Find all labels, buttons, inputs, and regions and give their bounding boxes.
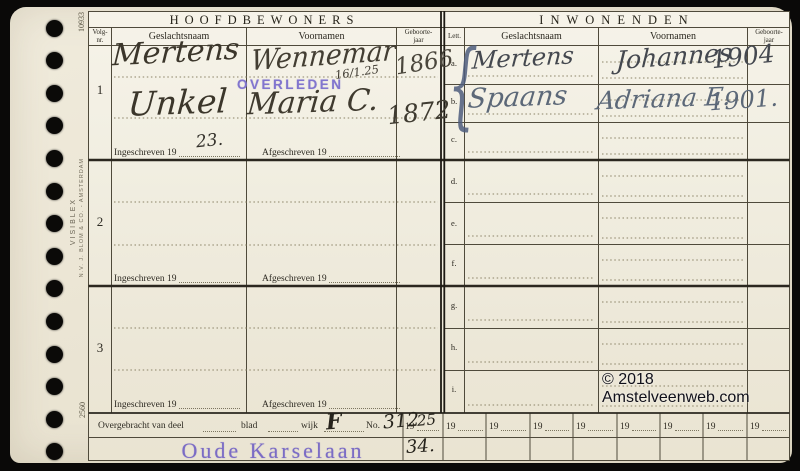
handwritten-surname-entry1: Mertens [111, 35, 240, 72]
row-letter-h: h. [446, 342, 462, 352]
blad-dotted-line [268, 421, 298, 432]
year-cell-7: 19 [663, 419, 701, 432]
handwritten-surname-row-b: Spaans [467, 82, 569, 113]
row-letter-e: e. [446, 218, 462, 228]
transfer-label: Overgebracht van deel [98, 421, 184, 431]
handwritten-ingeschreven-year-1: 23. [195, 132, 224, 152]
watermark-text: © 2018 Amstelveenweb.com [602, 371, 800, 407]
group-number-3: 3 [90, 340, 110, 356]
blad-label: blad [241, 421, 257, 431]
handwritten-birthyear-row-b: 1901. [708, 86, 778, 115]
row-letter-d: d. [446, 176, 462, 186]
wijk-label: wijk [301, 421, 318, 431]
group-number-1: 1 [90, 82, 110, 98]
group-number-2: 2 [90, 214, 110, 230]
handwritten-wijk: F [325, 410, 342, 433]
column-header-surname-right: Geslachtsnaam [465, 31, 598, 42]
handwritten-year-1925: 25 [416, 412, 436, 429]
year-cell-2: 19 [446, 419, 485, 432]
handwritten-birthyear-row-a: 1904 [710, 41, 776, 73]
handwritten-surname-entry2: Unkel [127, 84, 228, 121]
year-cell-8: 19 [706, 419, 745, 432]
row-letter-i: i. [446, 384, 462, 394]
handwritten-birthyear-entry2: 1872 [386, 97, 452, 129]
year-cell-5: 19 [576, 419, 615, 432]
year-cell-3: 19 [489, 419, 528, 432]
ingeschreven-row-2: Ingeschreven 19 [114, 271, 242, 284]
year-cell-6: 19 [620, 419, 658, 432]
year-cell-4: 19 [533, 419, 571, 432]
handwritten-firstnames-entry2: Maria C. [246, 86, 380, 121]
deel-dotted-line [203, 421, 236, 432]
column-header-volgnr: Volg- nr. [89, 29, 111, 45]
row-letter-f: f. [446, 258, 462, 268]
afgeschreven-row-2: Afgeschreven 19 [262, 271, 402, 284]
ingeschreven-row-3: Ingeschreven 19 [114, 397, 242, 410]
column-header-birthyear-left: Geboorte- jaar [397, 29, 440, 45]
section-title-inwonenden: INWONENDEN [445, 13, 789, 28]
year-cell-9: 19 [750, 419, 788, 432]
section-title-hoofdbewoners: HOOFDBEWONERS [89, 13, 440, 28]
street-name-stamp: Oude Karselaan [178, 438, 368, 464]
row-letter-g: g. [446, 300, 462, 310]
scanned-register-card-photo: 10933 2560 VISIBLEX N.V. J. BLOM & CO. -… [0, 0, 800, 471]
handwritten-surname-row-a: Mertens [471, 43, 574, 72]
handwritten-house-number: 34. [405, 437, 435, 457]
no-label: No. [366, 421, 380, 431]
afgeschreven-row-1: Afgeschreven 19 [262, 145, 402, 158]
